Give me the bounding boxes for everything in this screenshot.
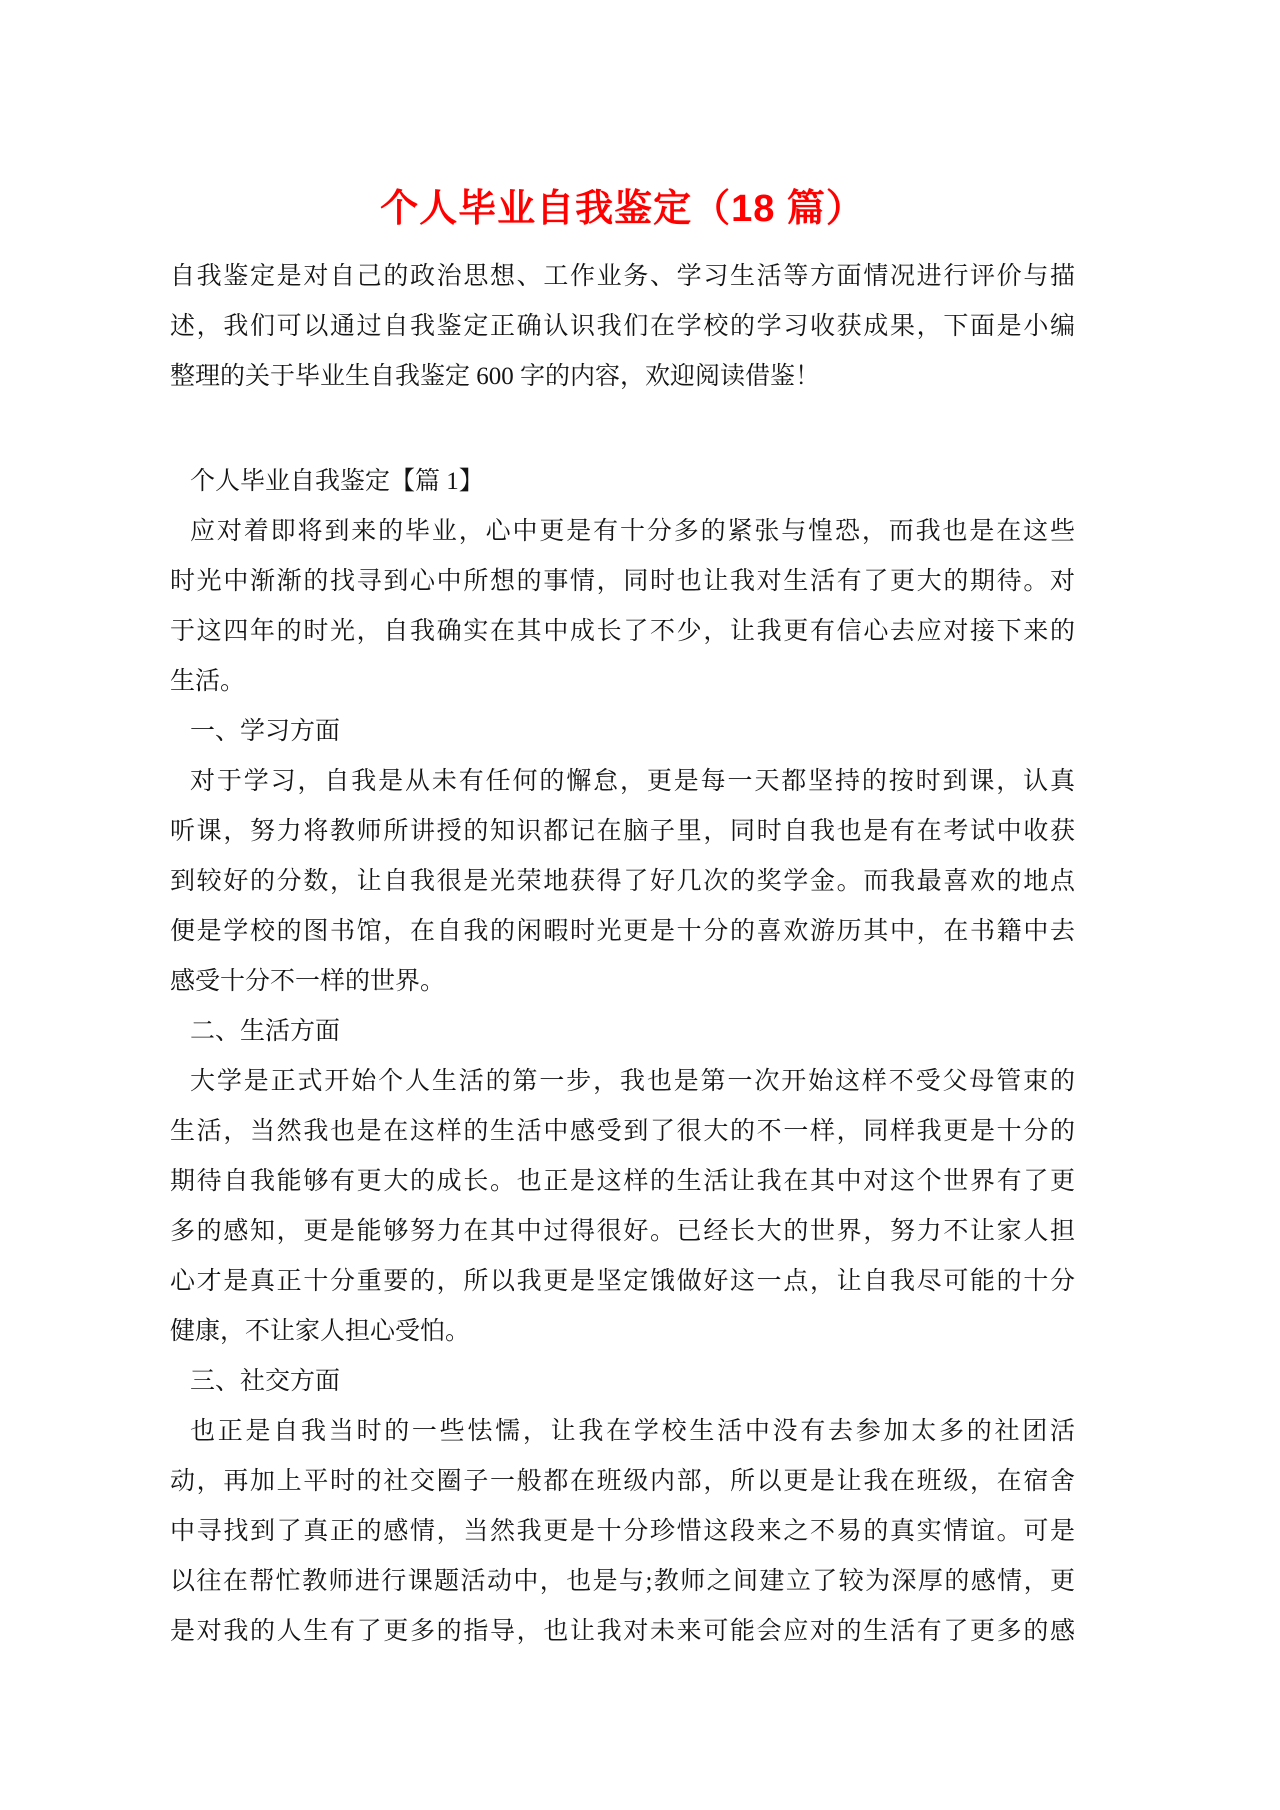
heading-line: 个人毕业自我鉴定【篇 1】 (170, 457, 1075, 507)
text-line: 也正是自我当时的一些怯懦，让我在学校生活中没有去参加太多的社团活 (170, 1407, 1075, 1457)
text-line: 生活，当然我也是在这样的生活中感受到了很大的不一样，同样我更是十分的 (170, 1107, 1075, 1157)
text-line: 健康，不让家人担心受怕。 (170, 1307, 1075, 1357)
document-content: 个人毕业自我鉴定（18 篇） 自我鉴定是对自己的政治思想、工作业务、学习生活等方… (170, 0, 1075, 1657)
text-line: 感受十分不一样的世界。 (170, 957, 1075, 1007)
text-line: 生活。 (170, 657, 1075, 707)
text-line: 便是学校的图书馆，在自我的闲暇时光更是十分的喜欢游历其中，在书籍中去 (170, 907, 1075, 957)
text-line: 期待自我能够有更大的成长。也正是这样的生活让我在其中对这个世界有了更 (170, 1157, 1075, 1207)
text-line: 时光中渐渐的找寻到心中所想的事情，同时也让我对生活有了更大的期待。对 (170, 557, 1075, 607)
text-line: 到较好的分数，让自我很是光荣地获得了好几次的奖学金。而我最喜欢的地点 (170, 857, 1075, 907)
document-body: 自我鉴定是对自己的政治思想、工作业务、学习生活等方面情况进行评价与描述，我们可以… (170, 252, 1075, 1657)
text-line: 以往在帮忙教师进行课题活动中，也是与;教师之间建立了较为深厚的感情，更 (170, 1557, 1075, 1607)
heading-line: 一、学习方面 (170, 707, 1075, 757)
document-page: 个人毕业自我鉴定（18 篇） 自我鉴定是对自己的政治思想、工作业务、学习生活等方… (0, 0, 1280, 1810)
text-line: 多的感知，更是能够努力在其中过得很好。已经长大的世界，努力不让家人担 (170, 1207, 1075, 1257)
text-line: 是对我的人生有了更多的指导，也让我对未来可能会应对的生活有了更多的感 (170, 1607, 1075, 1657)
text-line: 于这四年的时光，自我确实在其中成长了不少，让我更有信心去应对接下来的 (170, 607, 1075, 657)
text-line: 整理的关于毕业生自我鉴定 600 字的内容，欢迎阅读借鉴！ (170, 352, 1075, 402)
text-line: 心才是真正十分重要的，所以我更是坚定饿做好这一点，让自我尽可能的十分 (170, 1257, 1075, 1307)
text-line: 听课，努力将教师所讲授的知识都记在脑子里，同时自我也是有在考试中收获 (170, 807, 1075, 857)
document-title: 个人毕业自我鉴定（18 篇） (170, 0, 1075, 232)
text-line: 述，我们可以通过自我鉴定正确认识我们在学校的学习收获成果，下面是小编 (170, 302, 1075, 352)
heading-line: 三、社交方面 (170, 1357, 1075, 1407)
text-line: 中寻找到了真正的感情，当然我更是十分珍惜这段来之不易的真实情谊。可是 (170, 1507, 1075, 1557)
text-line: 对于学习，自我是从未有任何的懈怠，更是每一天都坚持的按时到课，认真 (170, 757, 1075, 807)
text-line: 自我鉴定是对自己的政治思想、工作业务、学习生活等方面情况进行评价与描 (170, 252, 1075, 302)
heading-line: 二、生活方面 (170, 1007, 1075, 1057)
text-line: 动，再加上平时的社交圈子一般都在班级内部，所以更是让我在班级，在宿舍 (170, 1457, 1075, 1507)
text-line: 大学是正式开始个人生活的第一步，我也是第一次开始这样不受父母管束的 (170, 1057, 1075, 1107)
text-line: 应对着即将到来的毕业，心中更是有十分多的紧张与惶恐，而我也是在这些 (170, 507, 1075, 557)
